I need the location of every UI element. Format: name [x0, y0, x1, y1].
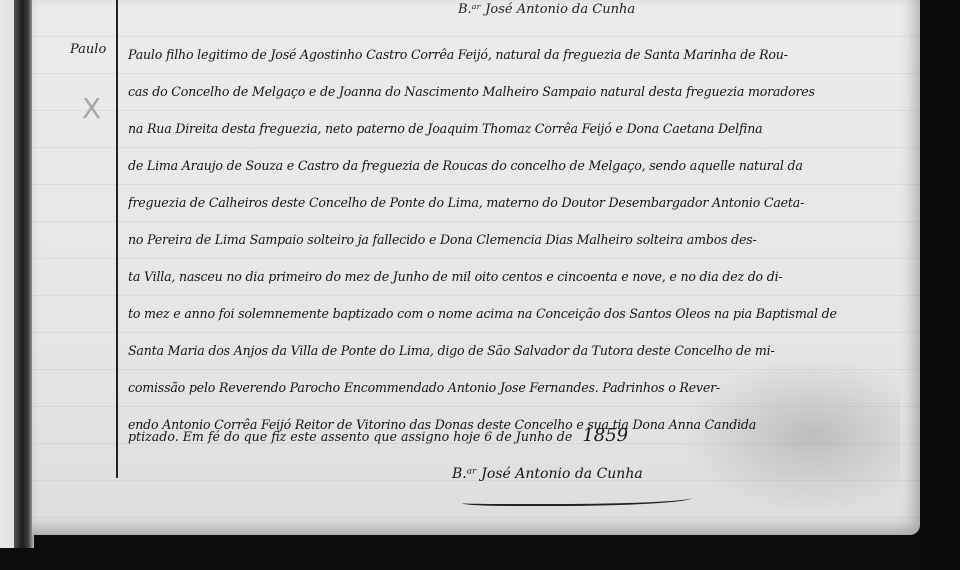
signature-flourish [462, 492, 692, 506]
entry-line: Paulo filho legitimo de José Agostinho C… [128, 36, 928, 73]
margin-rule [116, 0, 118, 478]
entry-line: freguezia de Calheiros deste Concelho de… [128, 184, 928, 221]
margin-cross-mark: X [82, 92, 101, 125]
register-page: B.ᵃʳ José Antonio da Cunha Paulo X Paulo… [32, 0, 920, 535]
header-signature: B.ᵃʳ José Antonio da Cunha [458, 2, 635, 17]
entry-line: ta Villa, nasceu no dia primeiro do mez … [128, 258, 928, 295]
book-gutter [14, 0, 34, 548]
margin-name: Paulo [70, 42, 106, 57]
entry-line: Santa Maria dos Anjos da Villa de Ponte … [128, 332, 928, 369]
entry-text: Paulo filho legitimo de José Agostinho C… [128, 36, 928, 443]
entry-line: de Lima Araujo de Souza e Castro da freg… [128, 147, 928, 184]
entry-line: cas do Concelho de Melgaço e de Joanna d… [128, 73, 928, 110]
entry-line: comissão pelo Reverendo Parocho Encommen… [128, 369, 928, 406]
entry-line: no Pereira de Lima Sampaio solteiro ja f… [128, 221, 928, 258]
entry-year: 1859 [582, 425, 628, 446]
dark-background-edge [920, 0, 960, 570]
priest-signature: B.ᵃʳ José Antonio da Cunha [452, 466, 643, 482]
closing-text: ptizado. Em fé do que fiz este assento q… [128, 429, 572, 444]
entry-line: na Rua Direita desta freguezia, neto pat… [128, 110, 928, 147]
closing-line: ptizado. Em fé do que fiz este assento q… [128, 425, 748, 446]
entry-line: to mez e anno foi solemnemente baptizado… [128, 295, 928, 332]
